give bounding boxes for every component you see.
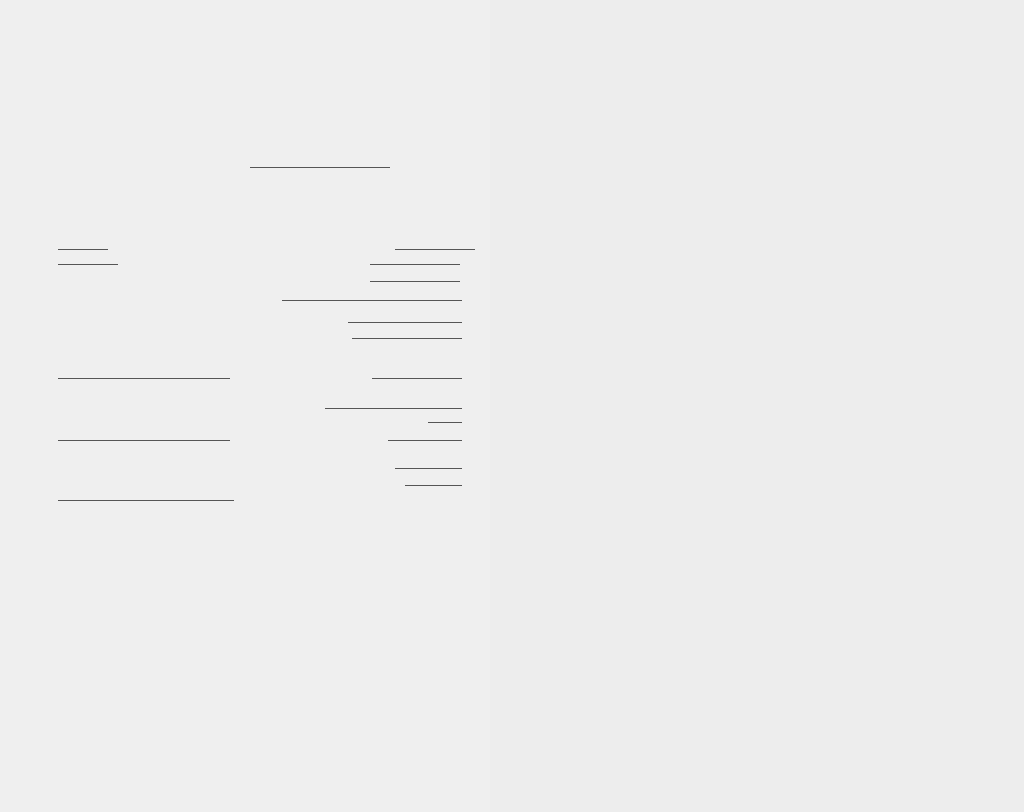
- left-page: [0, 0, 490, 812]
